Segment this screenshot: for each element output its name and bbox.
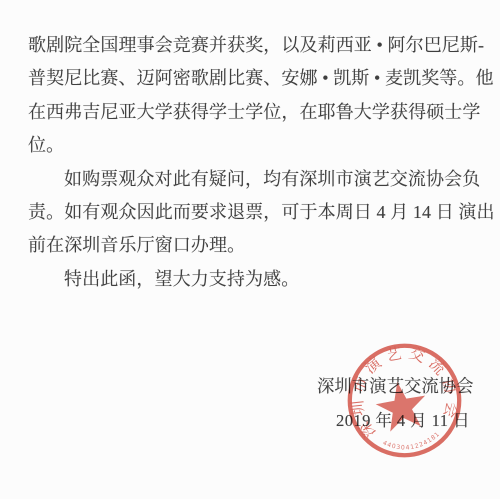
text-line: 如购票观众对此有疑问，均有深圳市演艺交流协会负 — [28, 163, 478, 196]
text-line: 歌剧院全国理事会竞赛并获奖，以及莉西亚 • 阿尔巴尼斯- — [28, 29, 478, 62]
document-body: 歌剧院全国理事会竞赛并获奖，以及莉西亚 • 阿尔巴尼斯-普契尼比赛、迈阿密歌剧比… — [28, 29, 478, 296]
text-line: 在西弗吉尼亚大学获得学士学位，在耶鲁大学获得硕士学 — [28, 96, 478, 129]
text-line: 普契尼比赛、迈阿密歌剧比赛、安娜 • 凯斯 • 麦凯奖等。他 — [28, 62, 478, 95]
text-line: 特出此函，望大力支持为感。 — [28, 263, 478, 296]
seal-ring-text: 深圳市演艺交流协会 — [339, 336, 466, 443]
text-line: 位。 — [28, 129, 478, 162]
official-seal: 深圳市演艺交流协会 4403041224181 — [331, 327, 478, 474]
seal-graphic: 深圳市演艺交流协会 4403041224181 — [331, 327, 478, 474]
scanned-letter-page: 歌剧院全国理事会竞赛并获奖，以及莉西亚 • 阿尔巴尼斯-普契尼比赛、迈阿密歌剧比… — [0, 0, 500, 499]
text-line: 责。如有观众因此而要求退票，可于本周日 4 月 14 日 演出 — [28, 196, 478, 229]
text-line: 前在深圳音乐厅窗口办理。 — [28, 229, 478, 262]
seal-star-icon — [373, 378, 431, 434]
